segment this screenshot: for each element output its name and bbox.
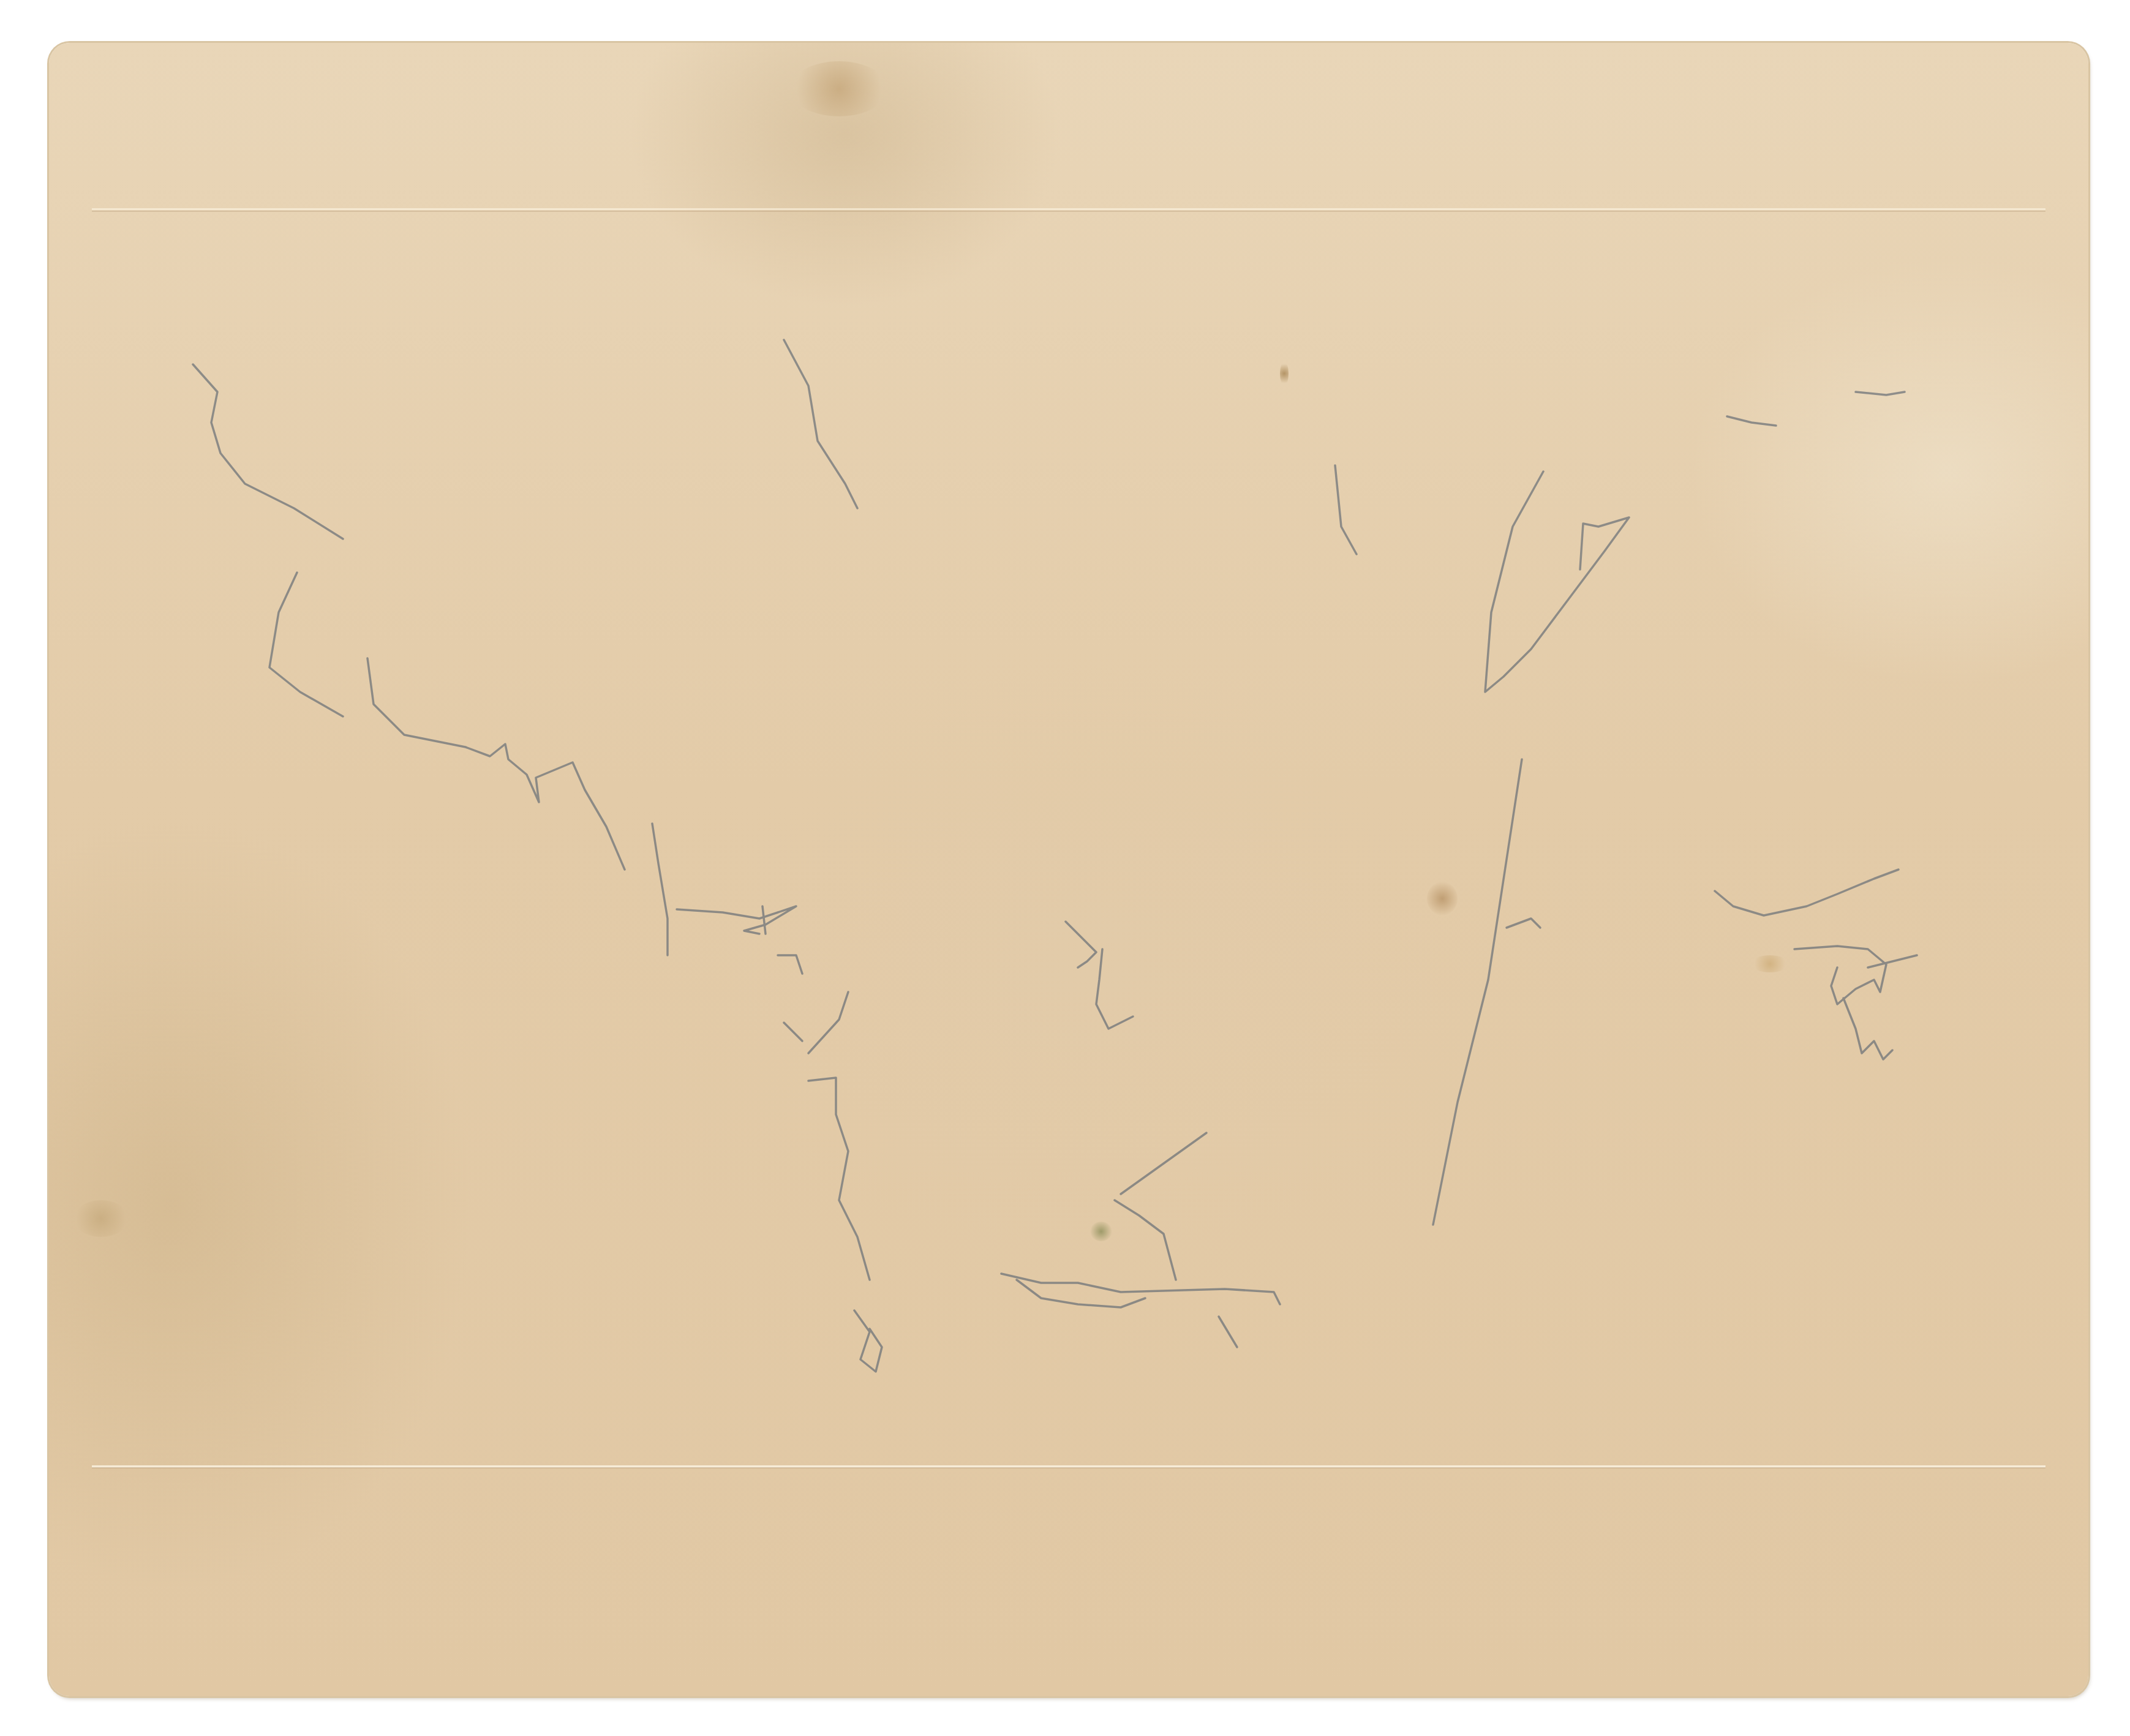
pencil-stroke — [808, 1078, 870, 1280]
pencil-stroke — [652, 824, 668, 955]
pencil-stroke — [1794, 946, 1886, 1004]
pencil-stroke — [1715, 870, 1899, 915]
pencil-stroke — [1433, 759, 1522, 1225]
pencil-stroke — [1727, 416, 1776, 426]
pencil-stroke — [784, 1023, 802, 1041]
pencil-stroke — [1507, 919, 1540, 928]
pencil-stroke — [1868, 955, 1917, 968]
pencil-stroke — [1485, 472, 1629, 692]
pencil-scribbles — [0, 0, 2130, 1736]
pencil-stroke — [1115, 1200, 1176, 1280]
pencil-stroke — [193, 364, 343, 539]
pencil-stroke — [784, 340, 857, 508]
pencil-stroke — [1219, 1317, 1237, 1347]
pencil-stroke — [1856, 392, 1905, 395]
pencil-stroke — [1843, 998, 1892, 1059]
pencil-stroke — [762, 906, 766, 934]
pencil-stroke — [854, 1310, 882, 1372]
pencil-stroke — [367, 658, 625, 870]
pencil-stroke — [1066, 922, 1096, 968]
pencil-stroke — [808, 992, 848, 1053]
pencil-stroke — [778, 955, 802, 974]
pencil-stroke — [269, 573, 343, 716]
pencil-stroke — [1335, 465, 1357, 554]
pencil-stroke — [1096, 949, 1133, 1029]
pencil-stroke — [677, 906, 796, 934]
pencil-stroke — [1121, 1133, 1206, 1194]
